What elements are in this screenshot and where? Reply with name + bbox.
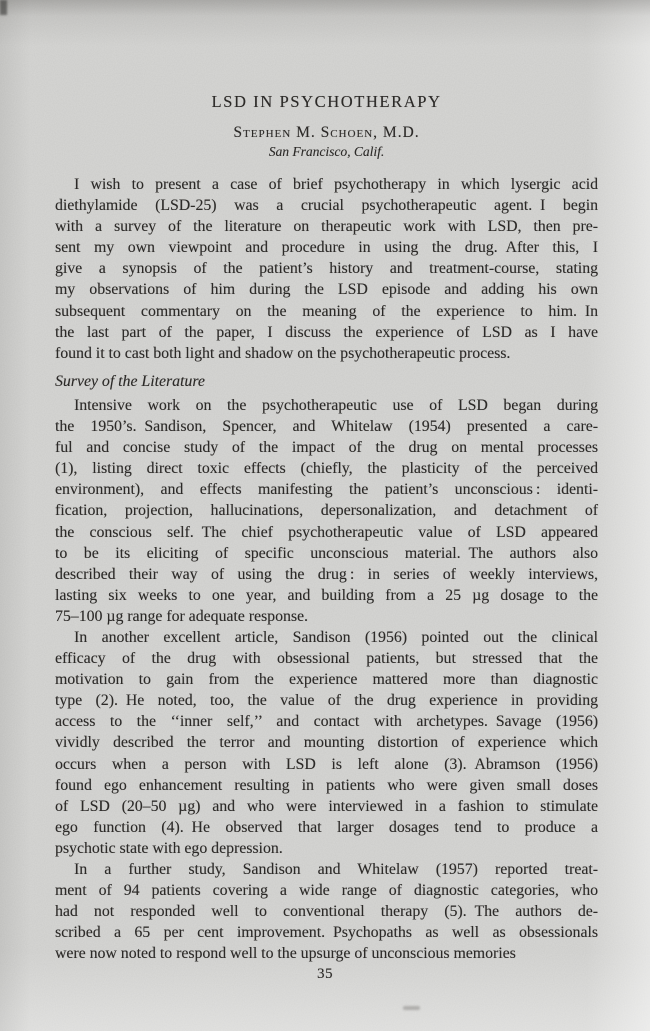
scanned-page: LSD IN PSYCHOTHERAPY Stephen M. Schoen, … — [0, 0, 650, 1031]
paragraph: In a further study, Sandison and Whitela… — [55, 859, 598, 964]
article-title: LSD IN PSYCHOTHERAPY — [55, 92, 598, 112]
text-line: to be its eliciting of specific unconsci… — [55, 543, 598, 564]
text-line: the conscious self. The chief psychother… — [55, 522, 598, 543]
paragraph: In another excellent article, Sandison (… — [55, 627, 598, 859]
author-byline: Stephen M. Schoen, M.D. — [55, 125, 598, 141]
text-line: occurs when a person with LSD is left al… — [55, 754, 598, 775]
text-column: LSD IN PSYCHOTHERAPY Stephen M. Schoen, … — [55, 0, 598, 964]
section-heading: Survey of the Literature — [55, 371, 598, 392]
author-affiliation: San Francisco, Calif. — [55, 144, 598, 159]
text-line: had not responded well to conventional t… — [55, 901, 598, 922]
text-line: access to the ‘‘inner self,’’ and contac… — [55, 711, 598, 732]
text-line: sent my own viewpoint and procedure in u… — [55, 237, 598, 258]
paragraph: Intensive work on the psychotherapeutic … — [55, 395, 598, 627]
text-line: fication, projection, hallucinations, de… — [55, 500, 598, 521]
text-line: my observations of him during the LSD ep… — [55, 279, 598, 300]
text-line: 75–100 µg range for adequate response. — [55, 606, 598, 627]
text-line: psychotic state with ego depression. — [55, 838, 598, 859]
paragraph: I wish to present a case of brief psycho… — [55, 174, 598, 364]
text-line: ful and concise study of the impact of t… — [55, 437, 598, 458]
text-line: described their way of using the drug : … — [55, 564, 598, 585]
text-line: In another excellent article, Sandison (… — [55, 627, 598, 648]
text-line: Intensive work on the psychotherapeutic … — [55, 395, 598, 416]
text-line: found ego enhancement resulting in patie… — [55, 775, 598, 796]
scan-artifact — [0, 0, 7, 15]
text-line: vividly described the terror and mountin… — [55, 732, 598, 753]
text-line: I wish to present a case of brief psycho… — [55, 174, 598, 195]
text-line: scribed a 65 per cent improvement. Psych… — [55, 922, 598, 943]
text-line: the last part of the paper, I discuss th… — [55, 322, 598, 343]
article-body: I wish to present a case of brief psycho… — [55, 174, 598, 964]
text-line: found it to cast both light and shadow o… — [55, 343, 598, 364]
text-line: type (2). He noted, too, the value of th… — [55, 690, 598, 711]
text-line: with a survey of the literature on thera… — [55, 216, 598, 237]
text-line: lasting six weeks to one year, and build… — [55, 585, 598, 606]
text-line: efficacy of the drug with obsessional pa… — [55, 648, 598, 669]
text-line: ego function (4). He observed that large… — [55, 817, 598, 838]
text-line: subsequent commentary on the meaning of … — [55, 301, 598, 322]
page-number: 35 — [0, 966, 650, 983]
text-line: of LSD (20–50 µg) and who were interview… — [55, 796, 598, 817]
text-line: ment of 94 patients covering a wide rang… — [55, 880, 598, 901]
scan-artifact — [403, 1006, 420, 1010]
text-line: diethylamide (LSD-25) was a crucial psyc… — [55, 195, 598, 216]
text-line: the 1950’s. Sandison, Spencer, and White… — [55, 416, 598, 437]
text-line: In a further study, Sandison and Whitela… — [55, 859, 598, 880]
text-line: environment), and effects manifesting th… — [55, 479, 598, 500]
text-line: give a synopsis of the patient’s history… — [55, 258, 598, 279]
text-line: motivation to gain from the experience m… — [55, 669, 598, 690]
text-line: (1), listing direct toxic effects (chief… — [55, 458, 598, 479]
text-line: were now noted to respond well to the up… — [55, 943, 598, 964]
